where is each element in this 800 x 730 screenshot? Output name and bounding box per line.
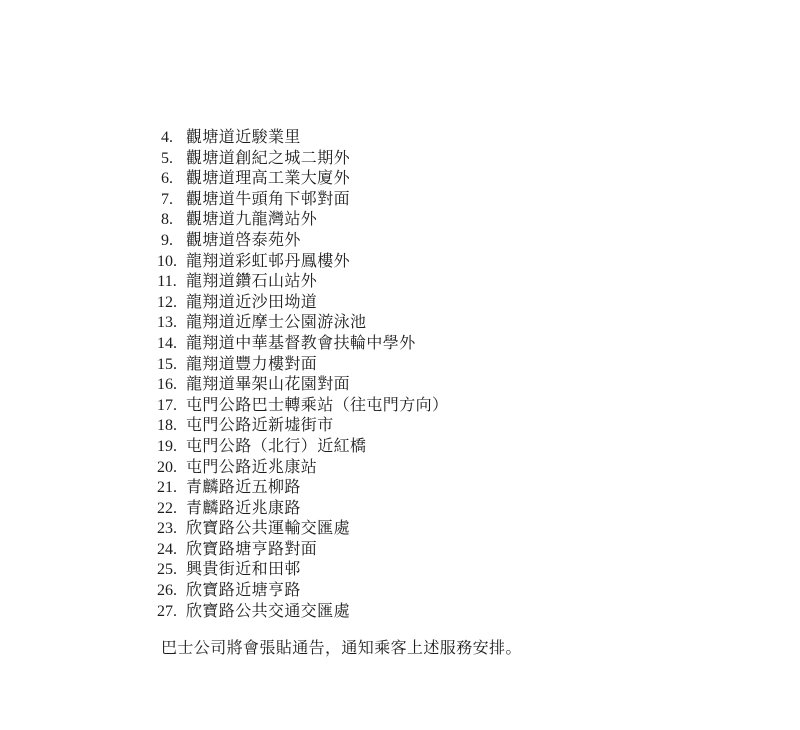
list-item-number: 9.	[155, 231, 179, 252]
list-item-text: 欣寶路公共運輸交匯處	[186, 519, 350, 540]
closing-note: 巴士公司將會張貼通告，通知乘客上述服務安排。	[161, 639, 522, 660]
list-item-text: 欣寶路塘亨路對面	[186, 540, 317, 561]
list-item-text: 觀塘道創紀之城二期外	[186, 149, 350, 170]
list-item-number: 25.	[155, 560, 179, 581]
list-item-text: 屯門公路近新墟街市	[186, 416, 334, 437]
list-item-text: 龍翔道近摩士公園游泳池	[186, 313, 366, 334]
list-item-text: 觀塘道九龍灣站外	[186, 210, 317, 231]
list-item-number: 21.	[155, 478, 179, 499]
list-item-text: 觀塘道理高工業大廈外	[186, 169, 350, 190]
list-item-number: 17.	[155, 396, 179, 417]
list-item-number: 7.	[155, 190, 179, 211]
list-item-text: 欣寶路公共交通交匯處	[186, 602, 350, 623]
list-item-text: 龍翔道近沙田坳道	[186, 293, 317, 314]
list-item-text: 龍翔道畢架山花園對面	[186, 375, 350, 396]
list-item-text: 屯門公路巴士轉乘站（往屯門方向）	[186, 396, 448, 417]
list-item-text: 青麟路近兆康路	[186, 499, 301, 520]
list-item-number: 6.	[155, 169, 179, 190]
list-item: 5.觀塘道創紀之城二期外	[155, 149, 448, 170]
list-item: 16.龍翔道畢架山花園對面	[155, 375, 448, 396]
list-item-number: 5.	[155, 149, 179, 170]
list-item-number: 18.	[155, 416, 179, 437]
list-item: 13.龍翔道近摩士公園游泳池	[155, 313, 448, 334]
list-item-text: 觀塘道啓泰苑外	[186, 231, 301, 252]
list-item-number: 23.	[155, 519, 179, 540]
list-item: 9.觀塘道啓泰苑外	[155, 231, 448, 252]
list-item: 7.觀塘道牛頭角下邨對面	[155, 190, 448, 211]
list-item-number: 13.	[155, 313, 179, 334]
list-item: 15.龍翔道豐力樓對面	[155, 355, 448, 376]
list-item: 11.龍翔道鑽石山站外	[155, 272, 448, 293]
list-item: 12.龍翔道近沙田坳道	[155, 293, 448, 314]
list-item: 21.青麟路近五柳路	[155, 478, 448, 499]
list-item: 4.觀塘道近駿業里	[155, 128, 448, 149]
list-item-number: 8.	[155, 210, 179, 231]
list-item-number: 11.	[155, 272, 179, 293]
list-item: 23.欣寶路公共運輸交匯處	[155, 519, 448, 540]
list-item-number: 22.	[155, 499, 179, 520]
list-item-number: 14.	[155, 334, 179, 355]
list-item-text: 龍翔道豐力樓對面	[186, 355, 317, 376]
list-item: 27.欣寶路公共交通交匯處	[155, 602, 448, 623]
list-item: 25.興貴街近和田邨	[155, 560, 448, 581]
list-item: 24.欣寶路塘亨路對面	[155, 540, 448, 561]
list-item-text: 龍翔道中華基督教會扶輪中學外	[186, 334, 416, 355]
list-item-text: 興貴街近和田邨	[186, 560, 301, 581]
list-item-number: 4.	[155, 128, 179, 149]
list-item: 6.觀塘道理高工業大廈外	[155, 169, 448, 190]
list-item-number: 20.	[155, 458, 179, 479]
list-item: 14.龍翔道中華基督教會扶輪中學外	[155, 334, 448, 355]
list-item-text: 青麟路近五柳路	[186, 478, 301, 499]
list-item: 17.屯門公路巴士轉乘站（往屯門方向）	[155, 396, 448, 417]
list-item-number: 26.	[155, 581, 179, 602]
list-item-text: 觀塘道牛頭角下邨對面	[186, 190, 350, 211]
list-item: 19.屯門公路（北行）近紅橋	[155, 437, 448, 458]
document-page: 4.觀塘道近駿業里5.觀塘道創紀之城二期外6.觀塘道理高工業大廈外7.觀塘道牛頭…	[0, 0, 800, 730]
list-item: 8.觀塘道九龍灣站外	[155, 210, 448, 231]
list-item-text: 龍翔道彩虹邨丹鳳樓外	[186, 252, 350, 273]
list-item-number: 27.	[155, 602, 179, 623]
list-item-text: 屯門公路近兆康站	[186, 458, 317, 479]
list-item-text: 屯門公路（北行）近紅橋	[186, 437, 366, 458]
list-item: 20.屯門公路近兆康站	[155, 458, 448, 479]
stop-list: 4.觀塘道近駿業里5.觀塘道創紀之城二期外6.觀塘道理高工業大廈外7.觀塘道牛頭…	[155, 128, 448, 622]
list-item-number: 16.	[155, 375, 179, 396]
list-item-text: 欣寶路近塘亨路	[186, 581, 301, 602]
list-item-text: 觀塘道近駿業里	[186, 128, 301, 149]
list-item-number: 12.	[155, 293, 179, 314]
list-item-number: 19.	[155, 437, 179, 458]
list-item: 18.屯門公路近新墟街市	[155, 416, 448, 437]
list-item-number: 24.	[155, 540, 179, 561]
list-item-number: 10.	[155, 252, 179, 273]
list-item: 22.青麟路近兆康路	[155, 499, 448, 520]
list-item: 10.龍翔道彩虹邨丹鳳樓外	[155, 252, 448, 273]
list-item-number: 15.	[155, 355, 179, 376]
list-item-text: 龍翔道鑽石山站外	[186, 272, 317, 293]
list-item: 26.欣寶路近塘亨路	[155, 581, 448, 602]
